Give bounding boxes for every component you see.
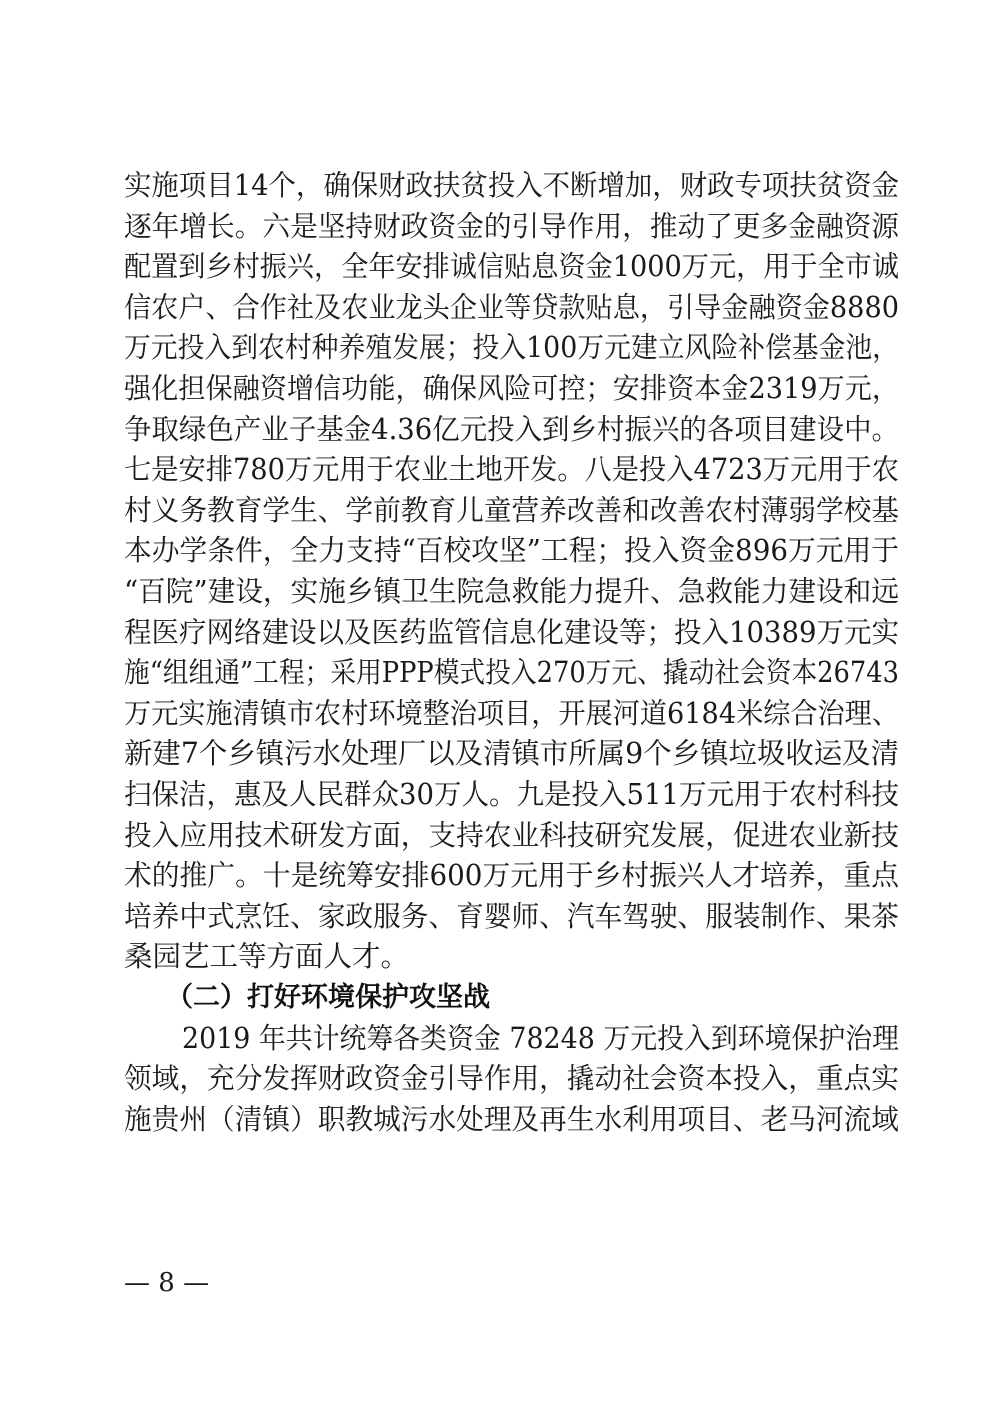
body-text-line: 本办学条件，全力支持“百校攻坚”工程；投入资金896万元用于 [124, 531, 899, 571]
section-text-line: 2019 年共计统筹各类资金 78248 万元投入到环境保护治理 [182, 1019, 899, 1059]
body-text-line: 术的推广。十是统筹安排600万元用于乡村振兴人才培养，重点 [124, 856, 899, 896]
body-text-line: 信农户、合作社及农业龙头企业等贷款贴息，引导金融资金8880 [124, 288, 899, 328]
body-text-line: 扫保洁，惠及人民群众30万人。九是投入511万元用于农村科技 [124, 775, 899, 815]
body-text-line: 投入应用技术研发方面，支持农业科技研究发展，促进农业新技 [124, 816, 899, 856]
body-text-line: 程医疗网络建设以及医药监管信息化建设等；投入10389万元实 [124, 613, 899, 653]
body-text-line: 村义务教育学生、学前教育儿童营养改善和改善农村薄弱学校基 [124, 491, 899, 531]
body-text-line: 新建7个乡镇污水处理厂以及清镇市所属9个乡镇垃圾收运及清 [124, 734, 899, 774]
body-text-line: 逐年增长。六是坚持财政资金的引导作用，推动了更多金融资源 [124, 207, 899, 247]
section-text-line: 领域，充分发挥财政资金引导作用，撬动社会资本投入，重点实 [124, 1059, 899, 1099]
body-text-line: “百院”建设，实施乡镇卫生院急救能力提升、急救能力建设和远 [124, 572, 899, 612]
body-text-line: 争取绿色产业子基金4.36亿元投入到乡村振兴的各项目建设中。 [124, 410, 899, 450]
body-text-line: 万元实施清镇市农村环境整治项目，开展河道6184米综合治理、 [124, 694, 899, 734]
body-text-line: 实施项目14个，确保财政扶贫投入不断增加，财政专项扶贫资金 [124, 166, 899, 206]
document-page: 实施项目14个，确保财政扶贫投入不断增加，财政专项扶贫资金 逐年增长。六是坚持财… [0, 0, 1000, 1414]
page-number: — 8 — [124, 1266, 209, 1300]
body-text-line: 施“组组通”工程；采用PPP模式投入270万元、撬动社会资本26743 [124, 653, 899, 693]
body-text-line: 桑园艺工等方面人才。 [124, 937, 899, 977]
section-heading: （二）打好环境保护攻坚战 [166, 978, 490, 1018]
section-text-line: 施贵州（清镇）职教城污水处理及再生水利用项目、老马河流域 [124, 1100, 899, 1140]
body-text-line: 万元投入到农村种养殖发展；投入100万元建立风险补偿基金池， [124, 328, 899, 368]
body-text-line: 七是安排780万元用于农业土地开发。八是投入4723万元用于农 [124, 450, 899, 490]
body-text-line: 强化担保融资增信功能，确保风险可控；安排资本金2319万元， [124, 369, 899, 409]
body-text-line: 培养中式烹饪、家政服务、育婴师、汽车驾驶、服装制作、果茶 [124, 897, 899, 937]
body-text-line: 配置到乡村振兴，全年安排诚信贴息资金1000万元，用于全市诚 [124, 247, 899, 287]
